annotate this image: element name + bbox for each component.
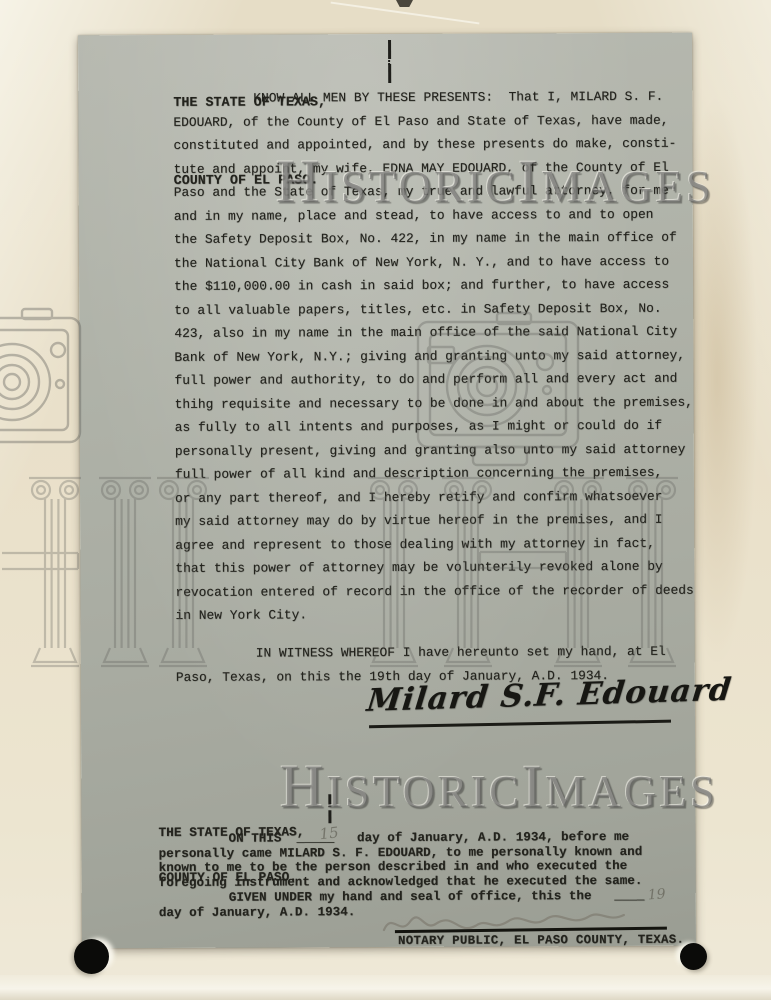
body-line: thihg requisite and necessary to be done…: [175, 390, 693, 416]
brace-bar: [328, 794, 331, 807]
legal-document: THE STATE OF TEXAS, COUNTY OF EL PASO. K…: [78, 33, 696, 949]
body-line: constituted and appointed, and by these …: [173, 132, 691, 158]
notary-caption: NOTARY PUBLIC, EL PASO COUNTY, TEXAS.: [398, 933, 684, 948]
body-line: or any part thereof, and I hereby retify…: [175, 484, 693, 510]
witness-line: IN WITNESS WHEREOF I have hereunto set m…: [176, 640, 666, 666]
body-line: the Safety Deposit Box, No. 422, in my n…: [174, 226, 692, 252]
body-line: in New York City.: [175, 602, 693, 628]
camera-icon: [0, 309, 80, 442]
body-line: the $110,000.00 in cash in said box; and…: [174, 273, 692, 299]
punch-hole-right: [680, 943, 707, 970]
body-line: to all valuable papers, titles, etc. in …: [174, 296, 692, 322]
body-line: as fully to all intents and purposes, as…: [175, 414, 693, 440]
body-line: full power of all kind and description c…: [175, 461, 693, 487]
logo-crossbar: [2, 553, 78, 569]
brace-bar: [388, 64, 391, 83]
photo-bottom-margin: [0, 975, 771, 1000]
notary-line-text: ON THIS _____ day of January, A.D. 1934,…: [158, 830, 644, 847]
brace-dot: [388, 63, 390, 65]
pencil-day-annotation-1: 15: [319, 823, 340, 843]
body-line: Paso and the State of Texas, my true and…: [174, 179, 692, 205]
body-line: that this power of attorney may be volun…: [175, 555, 693, 581]
body-line: tute and appoint, my wife, EDNA MAY EDOU…: [174, 155, 692, 181]
body-line: personally present, giving and granting …: [175, 437, 693, 463]
punch-hole-left: [74, 939, 109, 974]
body-line: agree and represent to those dealing wit…: [175, 531, 693, 557]
brace-bar: [388, 40, 391, 59]
press-photo: THE STATE OF TEXAS, COUNTY OF EL PASO. K…: [0, 0, 771, 1000]
body-line: EDOUARD, of the County of El Paso and St…: [173, 108, 691, 134]
body-line: the National City Bank of New York, N. Y…: [174, 249, 692, 275]
body-line: my said attorney may do by virtue hereof…: [175, 508, 693, 534]
body-line: 423, also in my name in the main office …: [174, 320, 692, 346]
brace-bar: [328, 810, 331, 823]
brace-dot: [388, 60, 390, 62]
signature-underline: [369, 720, 671, 728]
body-line: revocation entered of record in the offi…: [175, 578, 693, 604]
body-line: and in my name, place and stead, to have…: [174, 202, 692, 228]
pencil-day-annotation-2: 19: [647, 886, 666, 903]
body-line: Bank of New York, N.Y.; giving and grant…: [174, 343, 692, 369]
power-of-attorney-body: KNOW ALL MEN BY THESE PRESENTS: That I, …: [173, 85, 694, 628]
body-line: full power and authority, to do and perf…: [174, 367, 692, 393]
body-line: KNOW ALL MEN BY THESE PRESENTS: That I, …: [173, 85, 691, 111]
tear-mark: [396, 0, 413, 7]
